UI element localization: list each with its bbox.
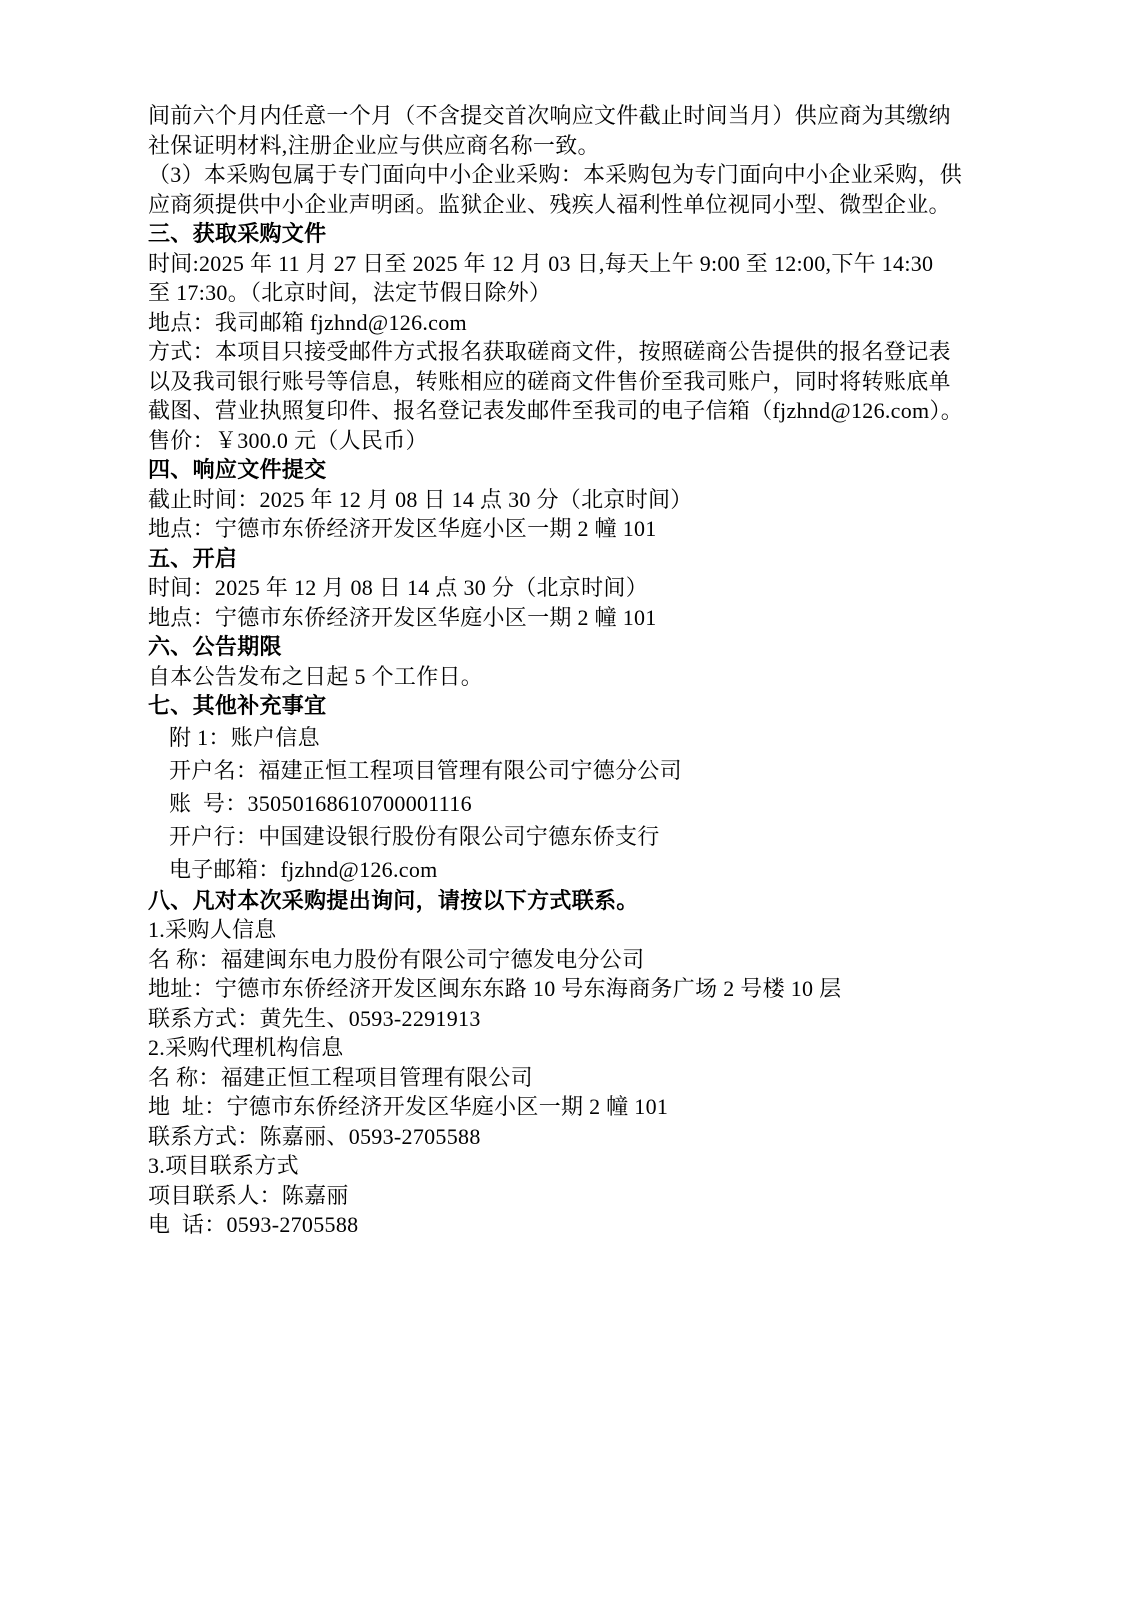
text-line: 社保证明材料,注册企业应与供应商名称一致。 xyxy=(148,131,987,161)
text-line: 账 号：35050168610700001116 xyxy=(148,787,987,820)
text-line: 3.项目联系方式 xyxy=(148,1151,987,1181)
text-line: 开户名：福建正恒工程项目管理有限公司宁德分公司 xyxy=(148,754,987,787)
text-line: 2.采购代理机构信息 xyxy=(148,1033,987,1063)
text-line: 地 址：宁德市东侨经济开发区华庭小区一期 2 幢 101 xyxy=(148,1092,987,1122)
document-page: 间前六个月内任意一个月（不含提交首次响应文件截止时间当月）供应商为其缴纳社保证明… xyxy=(0,0,1131,1600)
section-heading: 三、获取采购文件 xyxy=(148,219,987,249)
text-line: 电子邮箱：fjzhnd@126.com xyxy=(148,853,987,886)
text-line: 名 称：福建闽东电力股份有限公司宁德发电分公司 xyxy=(148,945,987,975)
text-line: 截图、营业执照复印件、报名登记表发邮件至我司的电子信箱（fjzhnd@126.c… xyxy=(148,396,987,426)
text-line: 以及我司银行账号等信息，转账相应的磋商文件售价至我司账户，同时将转账底单 xyxy=(148,367,987,397)
text-line: 地点：宁德市东侨经济开发区华庭小区一期 2 幢 101 xyxy=(148,603,987,633)
text-line: 售价：￥300.0 元（人民币） xyxy=(148,426,987,456)
text-line: 附 1：账户信息 xyxy=(148,721,987,754)
text-line: 电 话：0593-2705588 xyxy=(148,1210,987,1240)
section-heading: 八、凡对本次采购提出询问，请按以下方式联系。 xyxy=(148,886,987,916)
text-line: 地址：宁德市东侨经济开发区闽东东路 10 号东海商务广场 2 号楼 10 层 xyxy=(148,974,987,1004)
text-line: （3）本采购包属于专门面向中小企业采购：本采购包为专门面向中小企业采购，供 xyxy=(148,160,987,190)
section-heading: 四、响应文件提交 xyxy=(148,455,987,485)
text-line: 截止时间：2025 年 12 月 08 日 14 点 30 分（北京时间） xyxy=(148,485,987,515)
text-line: 项目联系人：陈嘉丽 xyxy=(148,1181,987,1211)
document-body: 间前六个月内任意一个月（不含提交首次响应文件截止时间当月）供应商为其缴纳社保证明… xyxy=(148,101,987,1240)
text-line: 1.采购人信息 xyxy=(148,915,987,945)
text-line: 名 称：福建正恒工程项目管理有限公司 xyxy=(148,1063,987,1093)
text-line: 时间：2025 年 12 月 08 日 14 点 30 分（北京时间） xyxy=(148,573,987,603)
text-line: 地点：我司邮箱 fjzhnd@126.com xyxy=(148,308,987,338)
text-line: 地点：宁德市东侨经济开发区华庭小区一期 2 幢 101 xyxy=(148,514,987,544)
text-line: 至 17:30。（北京时间，法定节假日除外） xyxy=(148,278,987,308)
text-line: 应商须提供中小企业声明函。监狱企业、残疾人福利性单位视同小型、微型企业。 xyxy=(148,190,987,220)
section-heading: 七、其他补充事宜 xyxy=(148,691,987,721)
text-line: 联系方式：黄先生、0593-2291913 xyxy=(148,1004,987,1034)
text-line: 自本公告发布之日起 5 个工作日。 xyxy=(148,662,987,692)
text-line: 间前六个月内任意一个月（不含提交首次响应文件截止时间当月）供应商为其缴纳 xyxy=(148,101,987,131)
text-line: 方式：本项目只接受邮件方式报名获取磋商文件，按照磋商公告提供的报名登记表 xyxy=(148,337,987,367)
section-heading: 六、公告期限 xyxy=(148,632,987,662)
text-line: 时间:2025 年 11 月 27 日至 2025 年 12 月 03 日,每天… xyxy=(148,249,987,279)
text-line: 开户行：中国建设银行股份有限公司宁德东侨支行 xyxy=(148,820,987,853)
section-heading: 五、开启 xyxy=(148,544,987,574)
text-line: 联系方式：陈嘉丽、0593-2705588 xyxy=(148,1122,987,1152)
